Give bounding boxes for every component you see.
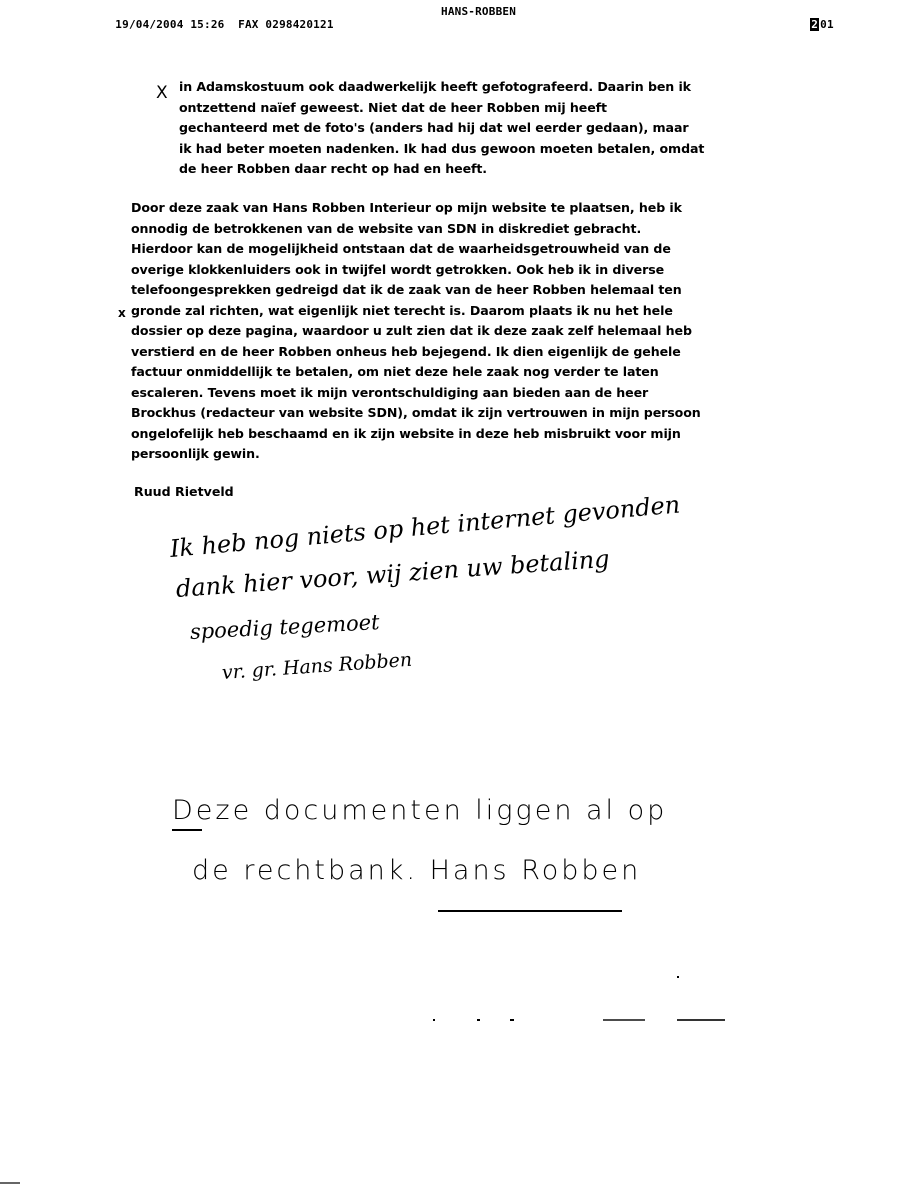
letter-paragraph-1: in Adamskostuum ook daadwerkelijk heeft …	[179, 77, 759, 180]
text-line: Brockhus (redacteur van website SDN), om…	[131, 403, 751, 424]
handwritten-note-1-line: spoedig tegemoet	[189, 610, 380, 644]
text-line: onnodig de betrokkenen van de website va…	[131, 219, 751, 240]
fax-sender: HANS-ROBBEN	[441, 5, 516, 18]
text-line: de heer Robben daar recht op had en heef…	[179, 159, 759, 180]
page-box: 2	[810, 18, 819, 31]
fax-datetime: 19/04/2004 15:26 FAX 0298420121	[88, 5, 334, 44]
fax-number: 0298420121	[265, 18, 333, 31]
text-line: persoonlijk gewin.	[131, 444, 751, 465]
handwritten-note-2-line: Deze documenten liggen al op	[172, 795, 667, 826]
text-line: ongelofelijk heb beschaamd en ik zijn we…	[131, 424, 751, 445]
handwritten-underline	[438, 910, 622, 912]
handwritten-note-2-line: de rechtbank. Hans Robben	[192, 855, 641, 886]
fax-header: 19/04/2004 15:26 FAX 0298420121 HANS-ROB…	[0, 5, 900, 21]
letter-signature: Ruud Rietveld	[134, 484, 234, 499]
fax-page-number: 201	[783, 5, 834, 44]
fax-noise	[677, 976, 679, 978]
text-line: gronde zal richten, wat eigenlijk niet t…	[131, 301, 751, 322]
text-line: overige klokkenluiders ook in twijfel wo…	[131, 260, 751, 281]
fax-noise	[477, 1019, 480, 1021]
text-line: gechanteerd met de foto's (anders had hi…	[179, 118, 759, 139]
text-line: ik had beter moeten nadenken. Ik had dus…	[179, 139, 759, 160]
text-line: ontzettend naïef geweest. Niet dat de he…	[179, 98, 759, 119]
fax-label: FAX	[238, 18, 258, 31]
text-line: escaleren. Tevens moet ik mijn verontsch…	[131, 383, 751, 404]
fax-noise	[677, 1019, 725, 1021]
fax-date-text: 19/04/2004 15:26	[115, 18, 224, 31]
page-number-rest: 01	[820, 18, 834, 31]
letter-paragraph-2: Door deze zaak van Hans Robben Interieur…	[131, 198, 751, 465]
text-line: verstierd en de heer Robben onheus heb b…	[131, 342, 751, 363]
text-line: Door deze zaak van Hans Robben Interieur…	[131, 198, 751, 219]
text-line: in Adamskostuum ook daadwerkelijk heeft …	[179, 77, 759, 98]
text-line: dossier op deze pagina, waardoor u zult …	[131, 321, 751, 342]
fax-noise	[603, 1019, 645, 1021]
handwritten-note-1-signature: vr. gr. Hans Robben	[221, 649, 413, 684]
text-line: Hierdoor kan de mogelijkheid ontstaan da…	[131, 239, 751, 260]
handwritten-underline-stroke	[172, 829, 202, 831]
fax-noise	[433, 1019, 435, 1021]
margin-x-mark-2: x	[118, 306, 126, 320]
text-line: factuur onmiddellijk te betalen, om niet…	[131, 362, 751, 383]
fax-noise	[510, 1019, 514, 1021]
margin-x-mark-1: X	[156, 83, 168, 103]
text-line: telefoongesprekken gedreigd dat ik de za…	[131, 280, 751, 301]
